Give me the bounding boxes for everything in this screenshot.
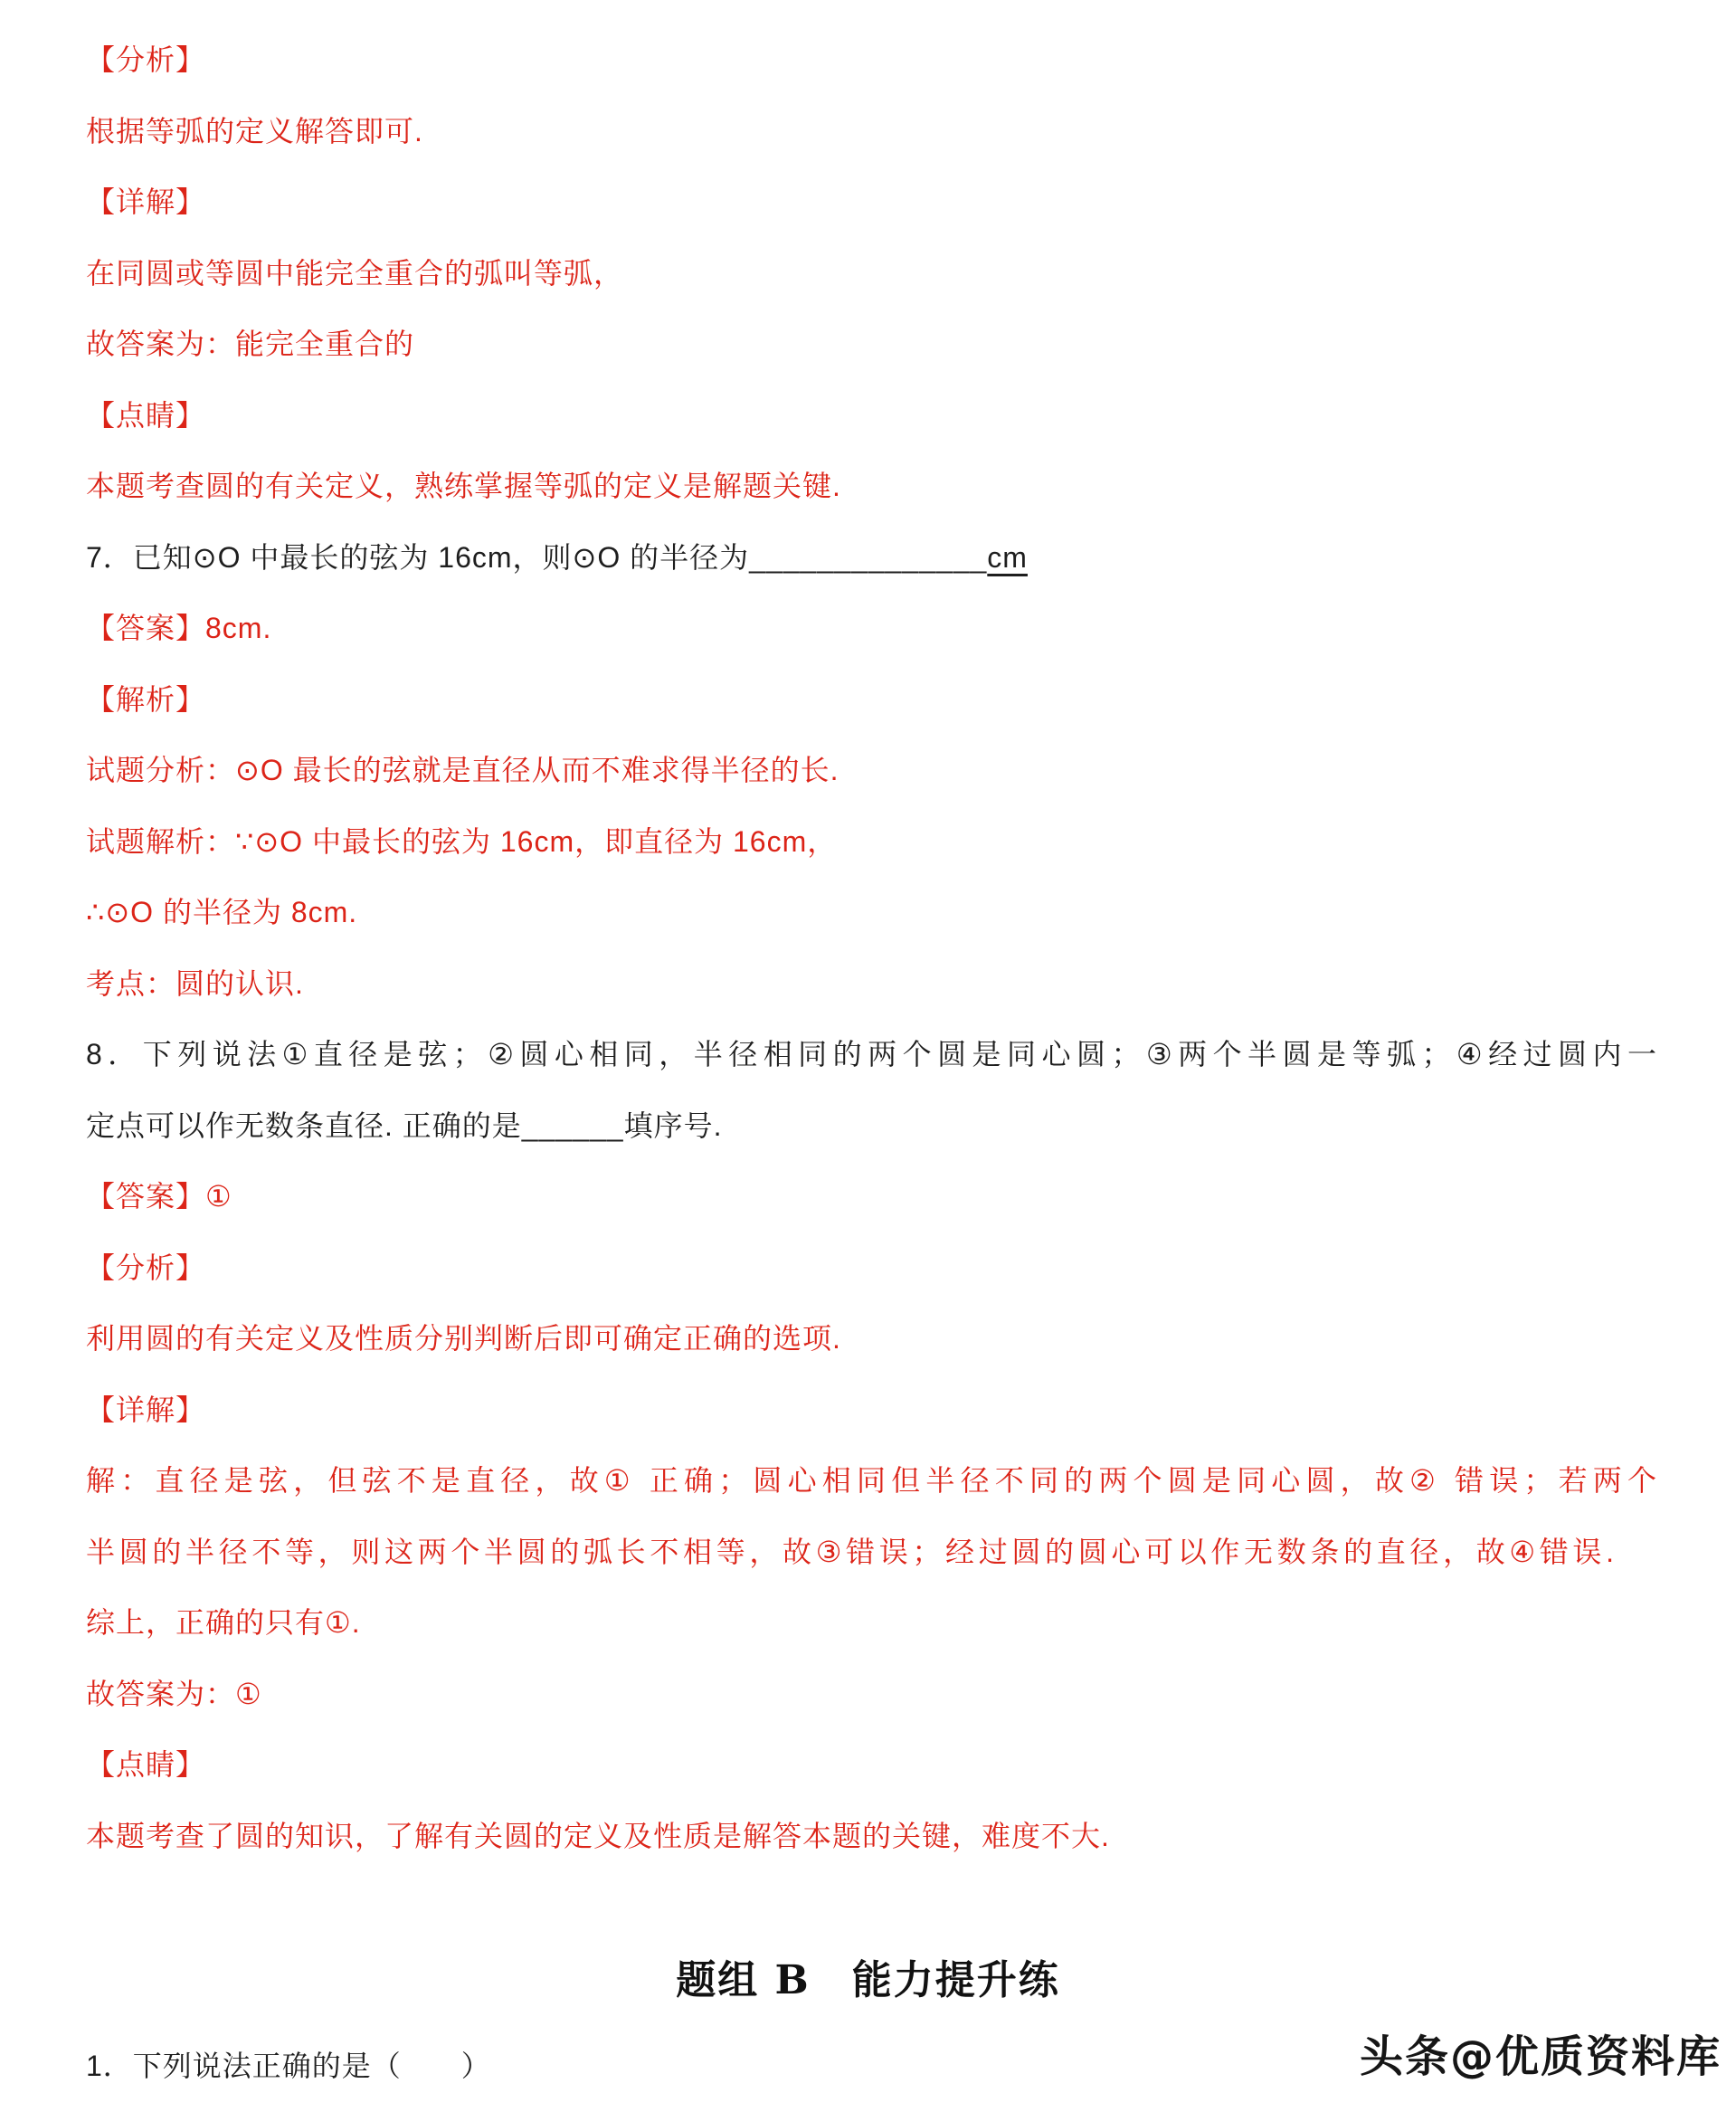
question-7: 7．已知⊙O 中最长的弦为 16cm，则⊙O 的半径为_____________…: [86, 538, 1028, 576]
question-8-line-1: 8．下列说法①直径是弦；②圆心相同，半径相同的两个圆是同心圆；③两个半圆是等弧；…: [86, 1035, 1657, 1073]
section-b-heading: 题组 B 能力提升练: [0, 1947, 1736, 2005]
question-8-line-2: 定点可以作无数条直径. 正确的是______填序号.: [86, 1107, 722, 1145]
section-b-question-1: 1．下列说法正确的是（ ）: [86, 2047, 491, 2085]
detail-label: 【详解】: [86, 183, 205, 221]
answer-8-label: 【答案】①: [86, 1177, 232, 1215]
watermark: 头条@优质资料库: [1360, 2022, 1722, 2084]
analysis-8-text: 利用圆的有关定义及性质分别判断后即可确定正确的选项.: [86, 1319, 841, 1357]
solution-7-line-2: ∴⊙O 的半径为 8cm.: [86, 893, 357, 931]
analysis-text: 根据等弧的定义解答即可.: [86, 112, 423, 150]
question-7-text: 7．已知⊙O 中最长的弦为 16cm，则⊙O 的半径为_____________…: [86, 541, 987, 574]
solution-8-line-1: 解：直径是弦，但弦不是直径，故① 正确；圆心相同但半径不同的两个圆是同心圆，故②…: [86, 1461, 1657, 1499]
answer-7-label: 【答案】8cm.: [86, 609, 271, 647]
detail-8-label: 【详解】: [86, 1391, 205, 1429]
analysis-8-label: 【分析】: [86, 1249, 205, 1287]
document-page: 【分析】 根据等弧的定义解答即可. 【详解】 在同圆或等圆中能完全重合的弧叫等弧…: [0, 0, 1736, 2112]
answer-8-statement: 故答案为：①: [86, 1675, 262, 1713]
answer-statement: 故答案为：能完全重合的: [86, 325, 414, 363]
analysis-label: 【分析】: [86, 41, 205, 79]
keypoint-8-label: 【点睛】: [86, 1746, 205, 1784]
solution-7-line-1: 试题解析：∵⊙O 中最长的弦为 16cm，即直径为 16cm，: [86, 823, 837, 861]
keypoint-label: 【点睛】: [86, 396, 205, 434]
keypoint-8-text: 本题考查了圆的知识，了解有关圆的定义及性质是解答本题的关键，难度不大.: [86, 1817, 1110, 1855]
keypoint-text: 本题考查圆的有关定义，熟练掌握等弧的定义是解题关键.: [86, 467, 841, 505]
detail-text: 在同圆或等圆中能完全重合的弧叫等弧，: [86, 254, 623, 292]
explain-7-label: 【解析】: [86, 680, 205, 718]
solution-8-summary: 综上，正确的只有①.: [86, 1603, 361, 1641]
examinable-point-7: 考点：圆的认识.: [86, 965, 304, 1003]
question-7-unit: cm: [987, 541, 1028, 574]
analysis-7-text: 试题分析：⊙O 最长的弦就是直径从而不难求得半径的长.: [86, 751, 840, 789]
solution-8-line-2: 半圆的半径不等，则这两个半圆的弧长不相等，故③错误；经过圆的圆心可以作无数条的直…: [86, 1533, 1615, 1571]
